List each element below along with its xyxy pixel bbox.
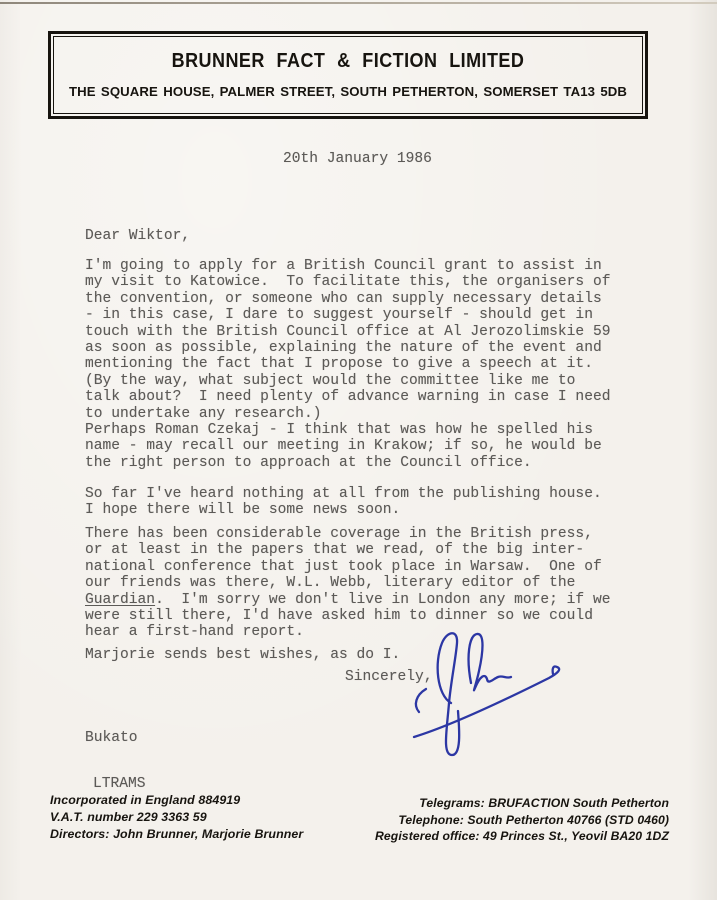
letterhead-box: BRUNNER FACT & FICTION LIMITED THE SQUAR…: [48, 31, 648, 119]
footer-telegrams-line: Telegrams: BRUFACTION South Petherton: [375, 795, 669, 812]
footer-vat-line: V.A.T. number 229 3363 59: [50, 809, 303, 826]
body-line: talk about? I need plenty of advance war…: [85, 389, 610, 405]
paragraph: There has been considerable coverage in …: [85, 526, 610, 641]
body-line: our friends was there, W.L. Webb, litera…: [85, 575, 610, 591]
closing-line: Marjorie sends best wishes, as do I.: [85, 647, 400, 663]
footer-right-block: Telegrams: BRUFACTION South Petherton Te…: [375, 795, 669, 845]
footer-telephone-line: Telephone: South Petherton 40766 (STD 04…: [375, 812, 669, 829]
reference-code: LTRAMS: [93, 776, 146, 792]
body-line: So far I've heard nothing at all from th…: [85, 486, 602, 502]
body-line: national conference that just took place…: [85, 559, 610, 575]
body-line: (By the way, what subject would the comm…: [85, 373, 610, 389]
body-line: or at least in the papers that we read, …: [85, 542, 610, 558]
company-name: BRUNNER FACT & FICTION LIMITED: [83, 50, 612, 73]
footer-directors-line: Directors: John Brunner, Marjorie Brunne…: [50, 826, 303, 843]
footer-registered-office-line: Registered office: 49 Princes St., Yeovi…: [375, 828, 669, 845]
paragraph: I'm going to apply for a British Council…: [85, 258, 610, 422]
body-line: I hope there will be some news soon.: [85, 502, 602, 518]
footer-left-block: Incorporated in England 884919 V.A.T. nu…: [50, 792, 303, 843]
body-line: as soon as possible, explaining the natu…: [85, 340, 610, 356]
body-line: my visit to Katowice. To facilitate this…: [85, 274, 610, 290]
body-line: the convention, or someone who can suppl…: [85, 291, 610, 307]
recipient-name: Bukato: [85, 730, 138, 746]
body-line: to undertake any research.): [85, 406, 610, 422]
scan-edge-artifact: [0, 2, 717, 4]
salutation: Dear Wiktor,: [85, 228, 190, 244]
body-line: Perhaps Roman Czekaj - I think that was …: [85, 422, 602, 438]
date-line: 20th January 1986: [283, 151, 432, 167]
handwritten-signature: [411, 629, 579, 781]
body-line: touch with the British Council office at…: [85, 324, 610, 340]
paragraph: Perhaps Roman Czekaj - I think that was …: [85, 422, 602, 471]
body-line: name - may recall our meeting in Krakow;…: [85, 438, 602, 454]
footer-incorporated-line: Incorporated in England 884919: [50, 792, 303, 809]
letter-sheet: BRUNNER FACT & FICTION LIMITED THE SQUAR…: [0, 0, 717, 900]
body-line: the right person to approach at the Coun…: [85, 455, 602, 471]
body-line: I'm going to apply for a British Council…: [85, 258, 610, 274]
body-line: Guardian. I'm sorry we don't live in Lon…: [85, 592, 610, 608]
body-line: mentioning the fact that I propose to gi…: [85, 356, 610, 372]
paragraph: So far I've heard nothing at all from th…: [85, 486, 602, 519]
body-line: There has been considerable coverage in …: [85, 526, 610, 542]
body-line: were still there, I'd have asked him to …: [85, 608, 610, 624]
company-address: THE SQUARE HOUSE, PALMER STREET, SOUTH P…: [54, 84, 642, 99]
body-line: - in this case, I dare to suggest yourse…: [85, 307, 610, 323]
letterhead-inner-border: BRUNNER FACT & FICTION LIMITED THE SQUAR…: [53, 36, 643, 114]
underlined-word: Guardian: [85, 592, 155, 608]
